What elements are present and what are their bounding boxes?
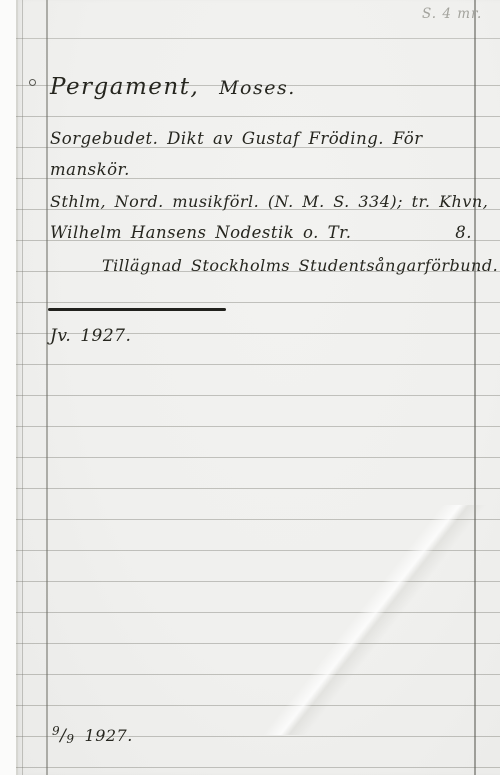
- date-fraction-denominator: 9: [66, 732, 74, 746]
- catalog-date-note: 9/91927.: [52, 724, 133, 746]
- imprint-line-1: Sthlm, Nord. musikförl. (N. M. S. 334); …: [50, 192, 488, 211]
- scanned-catalog-card-page: S. 4 mr. Pergament, Moses. Sorgebudet. D…: [0, 0, 500, 775]
- entry-ring-mark: [29, 79, 36, 86]
- left-edge-rule: [22, 0, 23, 775]
- entry-divider-line: [48, 308, 226, 311]
- date-year: 1927.: [85, 726, 133, 745]
- date-fraction-numerator: 9: [52, 724, 60, 738]
- header-rule-line: [16, 38, 500, 39]
- author-surname: Pergament,: [50, 74, 199, 100]
- date-fraction: 9/9: [52, 726, 75, 745]
- page-count: 8.: [455, 223, 472, 242]
- title-line-2: manskör.: [50, 160, 130, 179]
- right-margin-rule: [474, 0, 476, 775]
- author-forename: Moses.: [219, 77, 296, 99]
- dedication-line: Tillägnad Stockholms Studentsångarförbun…: [102, 256, 498, 275]
- imprint-line-2-row: Wilhelm Hansens Nodestik o. Tr. 8.: [50, 223, 472, 242]
- accession-note: Jv. 1927.: [50, 326, 131, 346]
- imprint-line-2: Wilhelm Hansens Nodestik o. Tr.: [50, 223, 351, 242]
- shelf-mark-pencil-note: S. 4 mr.: [422, 6, 494, 22]
- title-line-1: Sorgebudet. Dikt av Gustaf Fröding. För: [50, 129, 423, 148]
- left-margin-rule: [46, 0, 48, 775]
- heading-author: Pergament, Moses.: [50, 74, 296, 100]
